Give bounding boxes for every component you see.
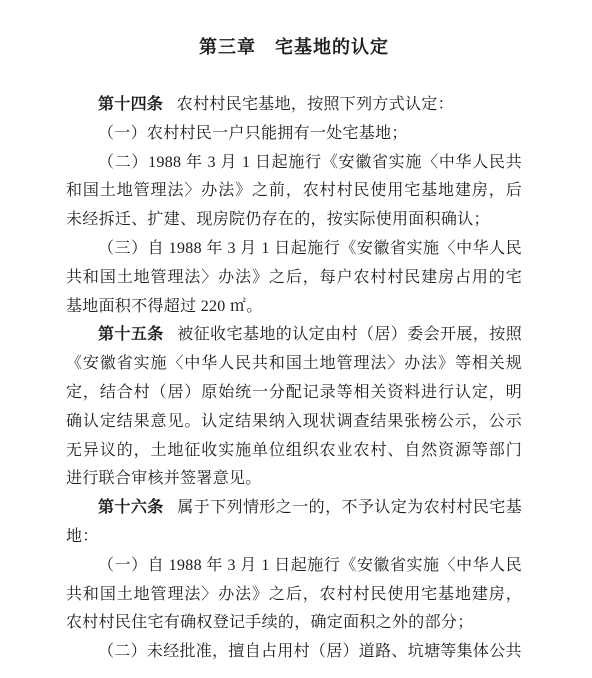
- paragraph-article-15: 第十五条被征收宅基地的认定由村（居）委会开展，按照《安徽省实施〈中华人民共和国土…: [66, 321, 522, 494]
- paragraph-item-3: （三）自 1988 年 3 月 1 日起施行《安徽省实施〈中华人民共和国土地管理…: [66, 235, 522, 321]
- paragraph-item-2b: （二）未经批准，擅自占用村（居）道路、坑塘等集体公共: [66, 638, 522, 667]
- paragraph-article-14: 第十四条农村村民宅基地，按照下列方式认定：: [66, 91, 522, 120]
- chapter-title: 第三章 宅基地的认定: [66, 28, 522, 66]
- paragraph-article-16: 第十六条属于下列情形之一的，不予认定为农村村民宅基地：: [66, 494, 522, 552]
- paragraph-text: （一）农村村民一户只能拥有一处宅基地；: [98, 125, 408, 142]
- paragraph-text: 被征收宅基地的认定由村（居）委会开展，按照《安徽省实施〈中华人民共和国土地管理法…: [66, 326, 522, 487]
- paragraph-text: （二）未经批准，擅自占用村（居）道路、坑塘等集体公共: [98, 643, 522, 660]
- article-number: 第十四条: [98, 96, 163, 113]
- paragraph-item-1: （一）农村村民一户只能拥有一处宅基地；: [66, 120, 522, 149]
- paragraph-text: （一）自 1988 年 3 月 1 日起施行《安徽省实施〈中华人民共和国土地管理…: [66, 557, 522, 632]
- paragraph-text: （二）1988 年 3 月 1 日起施行《安徽省实施〈中华人民共和国土地管理法〉…: [66, 154, 522, 229]
- article-number: 第十六条: [98, 499, 164, 516]
- paragraph-item-2: （二）1988 年 3 月 1 日起施行《安徽省实施〈中华人民共和国土地管理法〉…: [66, 149, 522, 235]
- paragraph-text: 农村村民宅基地，按照下列方式认定：: [177, 96, 454, 113]
- paragraph-text: （三）自 1988 年 3 月 1 日起施行《安徽省实施〈中华人民共和国土地管理…: [66, 240, 522, 315]
- article-number: 第十五条: [98, 326, 164, 343]
- paragraph-item-1b: （一）自 1988 年 3 月 1 日起施行《安徽省实施〈中华人民共和国土地管理…: [66, 552, 522, 638]
- document-page: 第三章 宅基地的认定 第十四条农村村民宅基地，按照下列方式认定： （一）农村村民…: [0, 0, 592, 678]
